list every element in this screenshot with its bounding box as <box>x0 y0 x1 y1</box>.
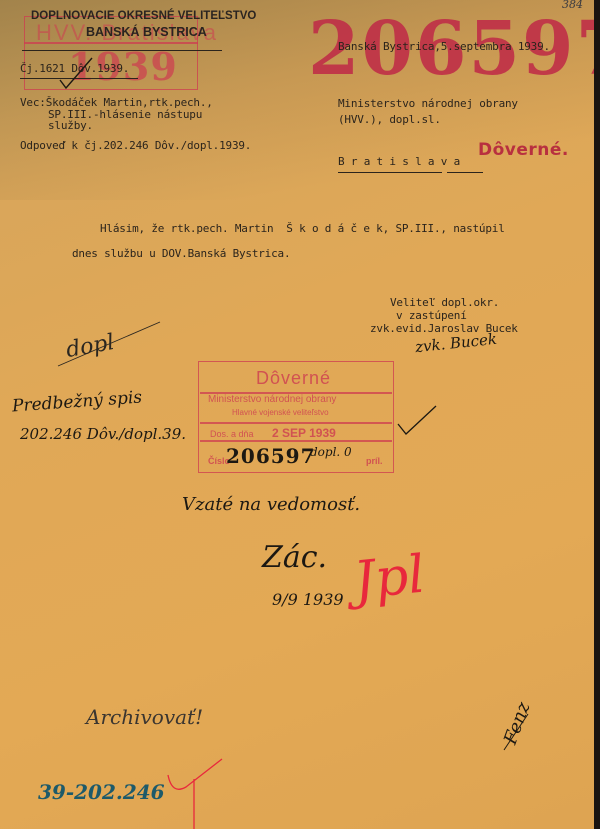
received-label: Dos. a dňa <box>210 429 254 439</box>
received-stamp-divider-2 <box>200 422 392 424</box>
body-line1: Hlásim, že rtk.pech. Martin Š k o d á č … <box>100 222 505 235</box>
received-stamp-divider-3 <box>200 440 392 442</box>
received-stamp-title: Dôverné <box>256 368 331 389</box>
blue-file-reference: 39-202.246 <box>38 780 165 804</box>
handwritten-initials: Zác. <box>262 540 327 575</box>
handwritten-preliminary-file: Predbežný spis <box>11 387 142 416</box>
handwritten-number-suffix: dopl. 0 <box>310 445 352 459</box>
header-underline <box>22 50 222 51</box>
received-number: 206597 <box>226 444 316 468</box>
checkmark-icon <box>58 56 94 90</box>
document-page: 384 HVV. Bratislava 1939 DOPLNOVACIE OKR… <box>0 0 594 829</box>
pen-stroke-icon <box>56 318 162 368</box>
handwritten-preliminary-ref: 202.246 Dôv./dopl.39. <box>20 425 186 443</box>
city-underline-1 <box>338 172 442 173</box>
checkmark-icon <box>396 404 438 438</box>
recipient-line1: Ministerstvo národnej obrany <box>338 97 518 110</box>
received-stamp-line2: Hlavné vojenské veliteľstvo <box>232 408 329 417</box>
handwritten-archive-note: Archivovať! <box>86 705 203 729</box>
subject-line3: služby. <box>48 119 93 132</box>
signature-title: Veliteľ dopl.okr. <box>390 296 499 309</box>
red-tick-icon <box>166 755 226 829</box>
header-stamp-line1: DOPLNOVACIE OKRESNÉ VELITEĽSTVO <box>31 10 256 22</box>
body-line2: dnes službu u DOV.Banská Bystrica. <box>72 247 290 260</box>
handwritten-date: 9/9 1939 <box>272 590 344 609</box>
received-stamp-line1: Ministerstvo národnej obrany <box>208 394 336 405</box>
confidential-stamp: Dôverné. <box>478 140 569 160</box>
received-date: 2 SEP 1939 <box>272 426 336 440</box>
place-date: Banská Bystrica,5.septembra 1939. <box>338 40 550 53</box>
handwritten-acknowledged: Vzaté na vedomosť. <box>182 494 360 515</box>
recipient-city: B r a t i s l a v a <box>338 155 460 168</box>
attachments-label: príl. <box>366 456 383 466</box>
recipient-line2: (HVV.), dopl.sl. <box>338 113 441 126</box>
signature-on-behalf: v zastúpení <box>396 309 467 322</box>
pen-stroke-icon <box>502 712 532 752</box>
header-stamp-line2: BANSKÁ BYSTRICA <box>86 25 207 39</box>
red-initials: Jpl <box>351 544 428 611</box>
reply-reference: Odpoveď k čj.202.246 Dôv./dopl.1939. <box>20 139 251 152</box>
city-underline-2 <box>447 172 483 173</box>
